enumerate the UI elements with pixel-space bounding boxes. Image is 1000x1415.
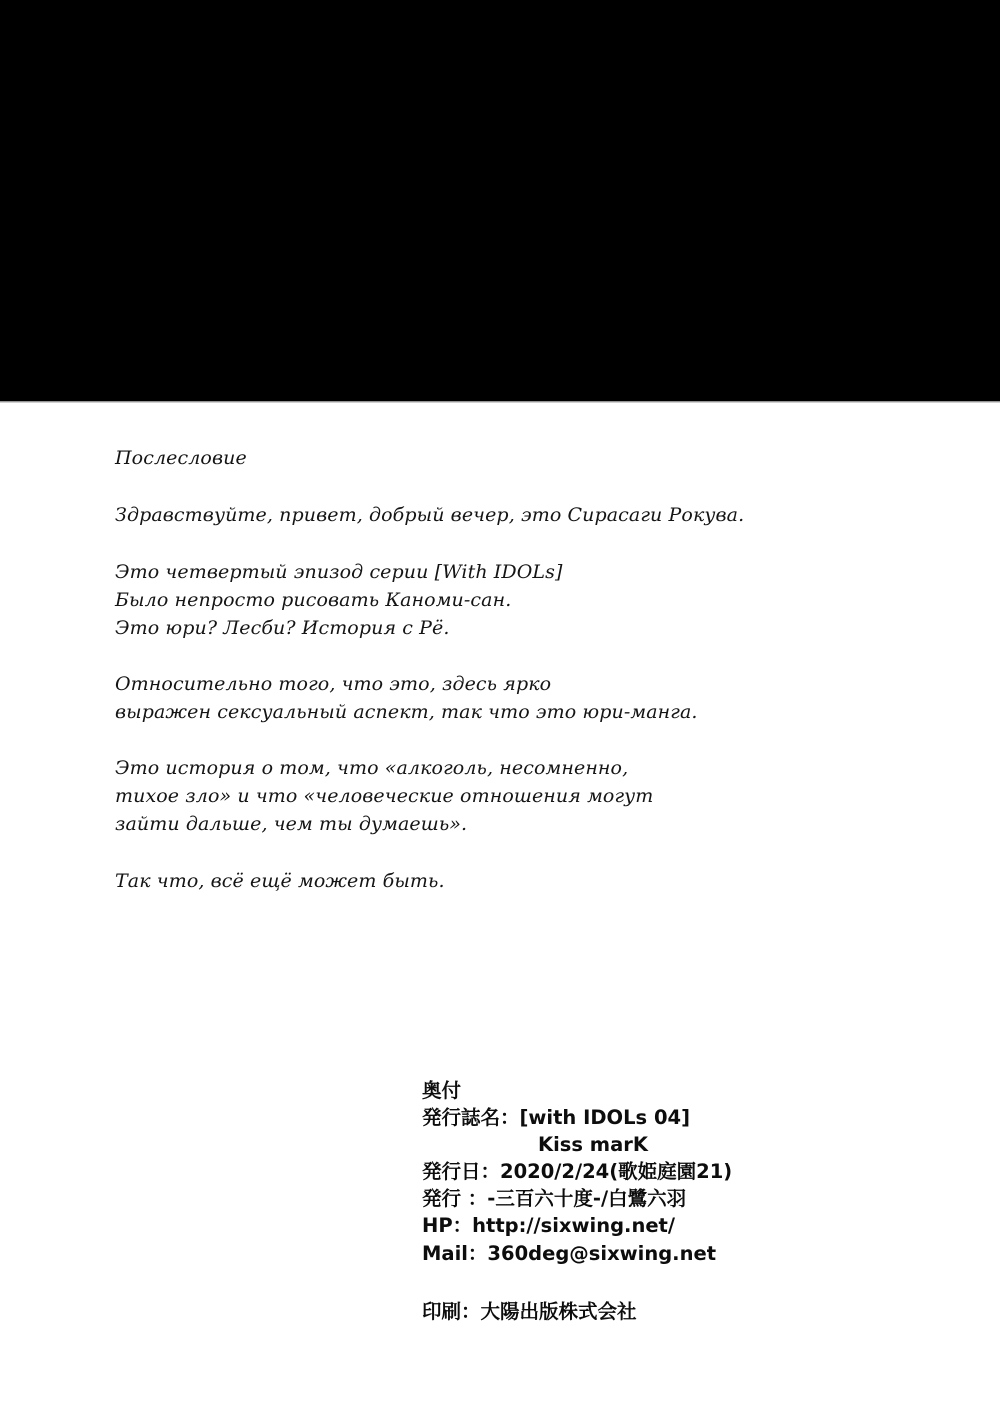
- afterword-paragraph-1-line-1: Это четвертый эпизод серии [With IDOLs]: [115, 561, 563, 583]
- afterword-paragraph-3-line-2: тихое зло» и что «человеческие отношения…: [115, 785, 653, 807]
- afterword-title: Послесловие: [115, 447, 247, 469]
- afterword-greeting: Здравствуйте, привет, добрый вечер, это …: [115, 504, 744, 526]
- colophon-publication-subtitle: Kiss marK: [538, 1133, 648, 1157]
- redacted-black-block: [0, 0, 1000, 401]
- colophon-publisher: 発行 ：-三百六十度-/白鷺六羽: [422, 1187, 686, 1211]
- colophon-mail: Mail：360deg@sixwing.net: [422, 1242, 716, 1266]
- colophon-printer: 印刷：大陽出版株式会社: [422, 1300, 637, 1324]
- afterword-paragraph-3-line-3: зайти дальше, чем ты думаешь».: [115, 813, 467, 835]
- afterword-paragraph-2-line-2: выражен сексуальный аспект, так что это …: [115, 701, 698, 723]
- afterword-closing: Так что, всё ещё может быть.: [115, 870, 445, 892]
- colophon-homepage: HP：http://sixwing.net/: [422, 1214, 675, 1238]
- afterword-paragraph-1-line-2: Было непросто рисовать Каноми-сан.: [115, 589, 511, 611]
- colophon-heading: 奥付: [422, 1079, 461, 1103]
- colophon-publication-date: 発行日：2020/2/24(歌姫庭園21): [422, 1160, 732, 1184]
- afterword-paragraph-1-line-3: Это юри? Лесби? История с Рё.: [115, 617, 450, 639]
- afterword-paragraph-2-line-1: Относительно того, что это, здесь ярко: [115, 673, 551, 695]
- colophon-publication-title: 発行誌名：[with IDOLs 04]: [422, 1106, 690, 1130]
- afterword-paragraph-3-line-1: Это история о том, что «алкоголь, несомн…: [115, 757, 628, 779]
